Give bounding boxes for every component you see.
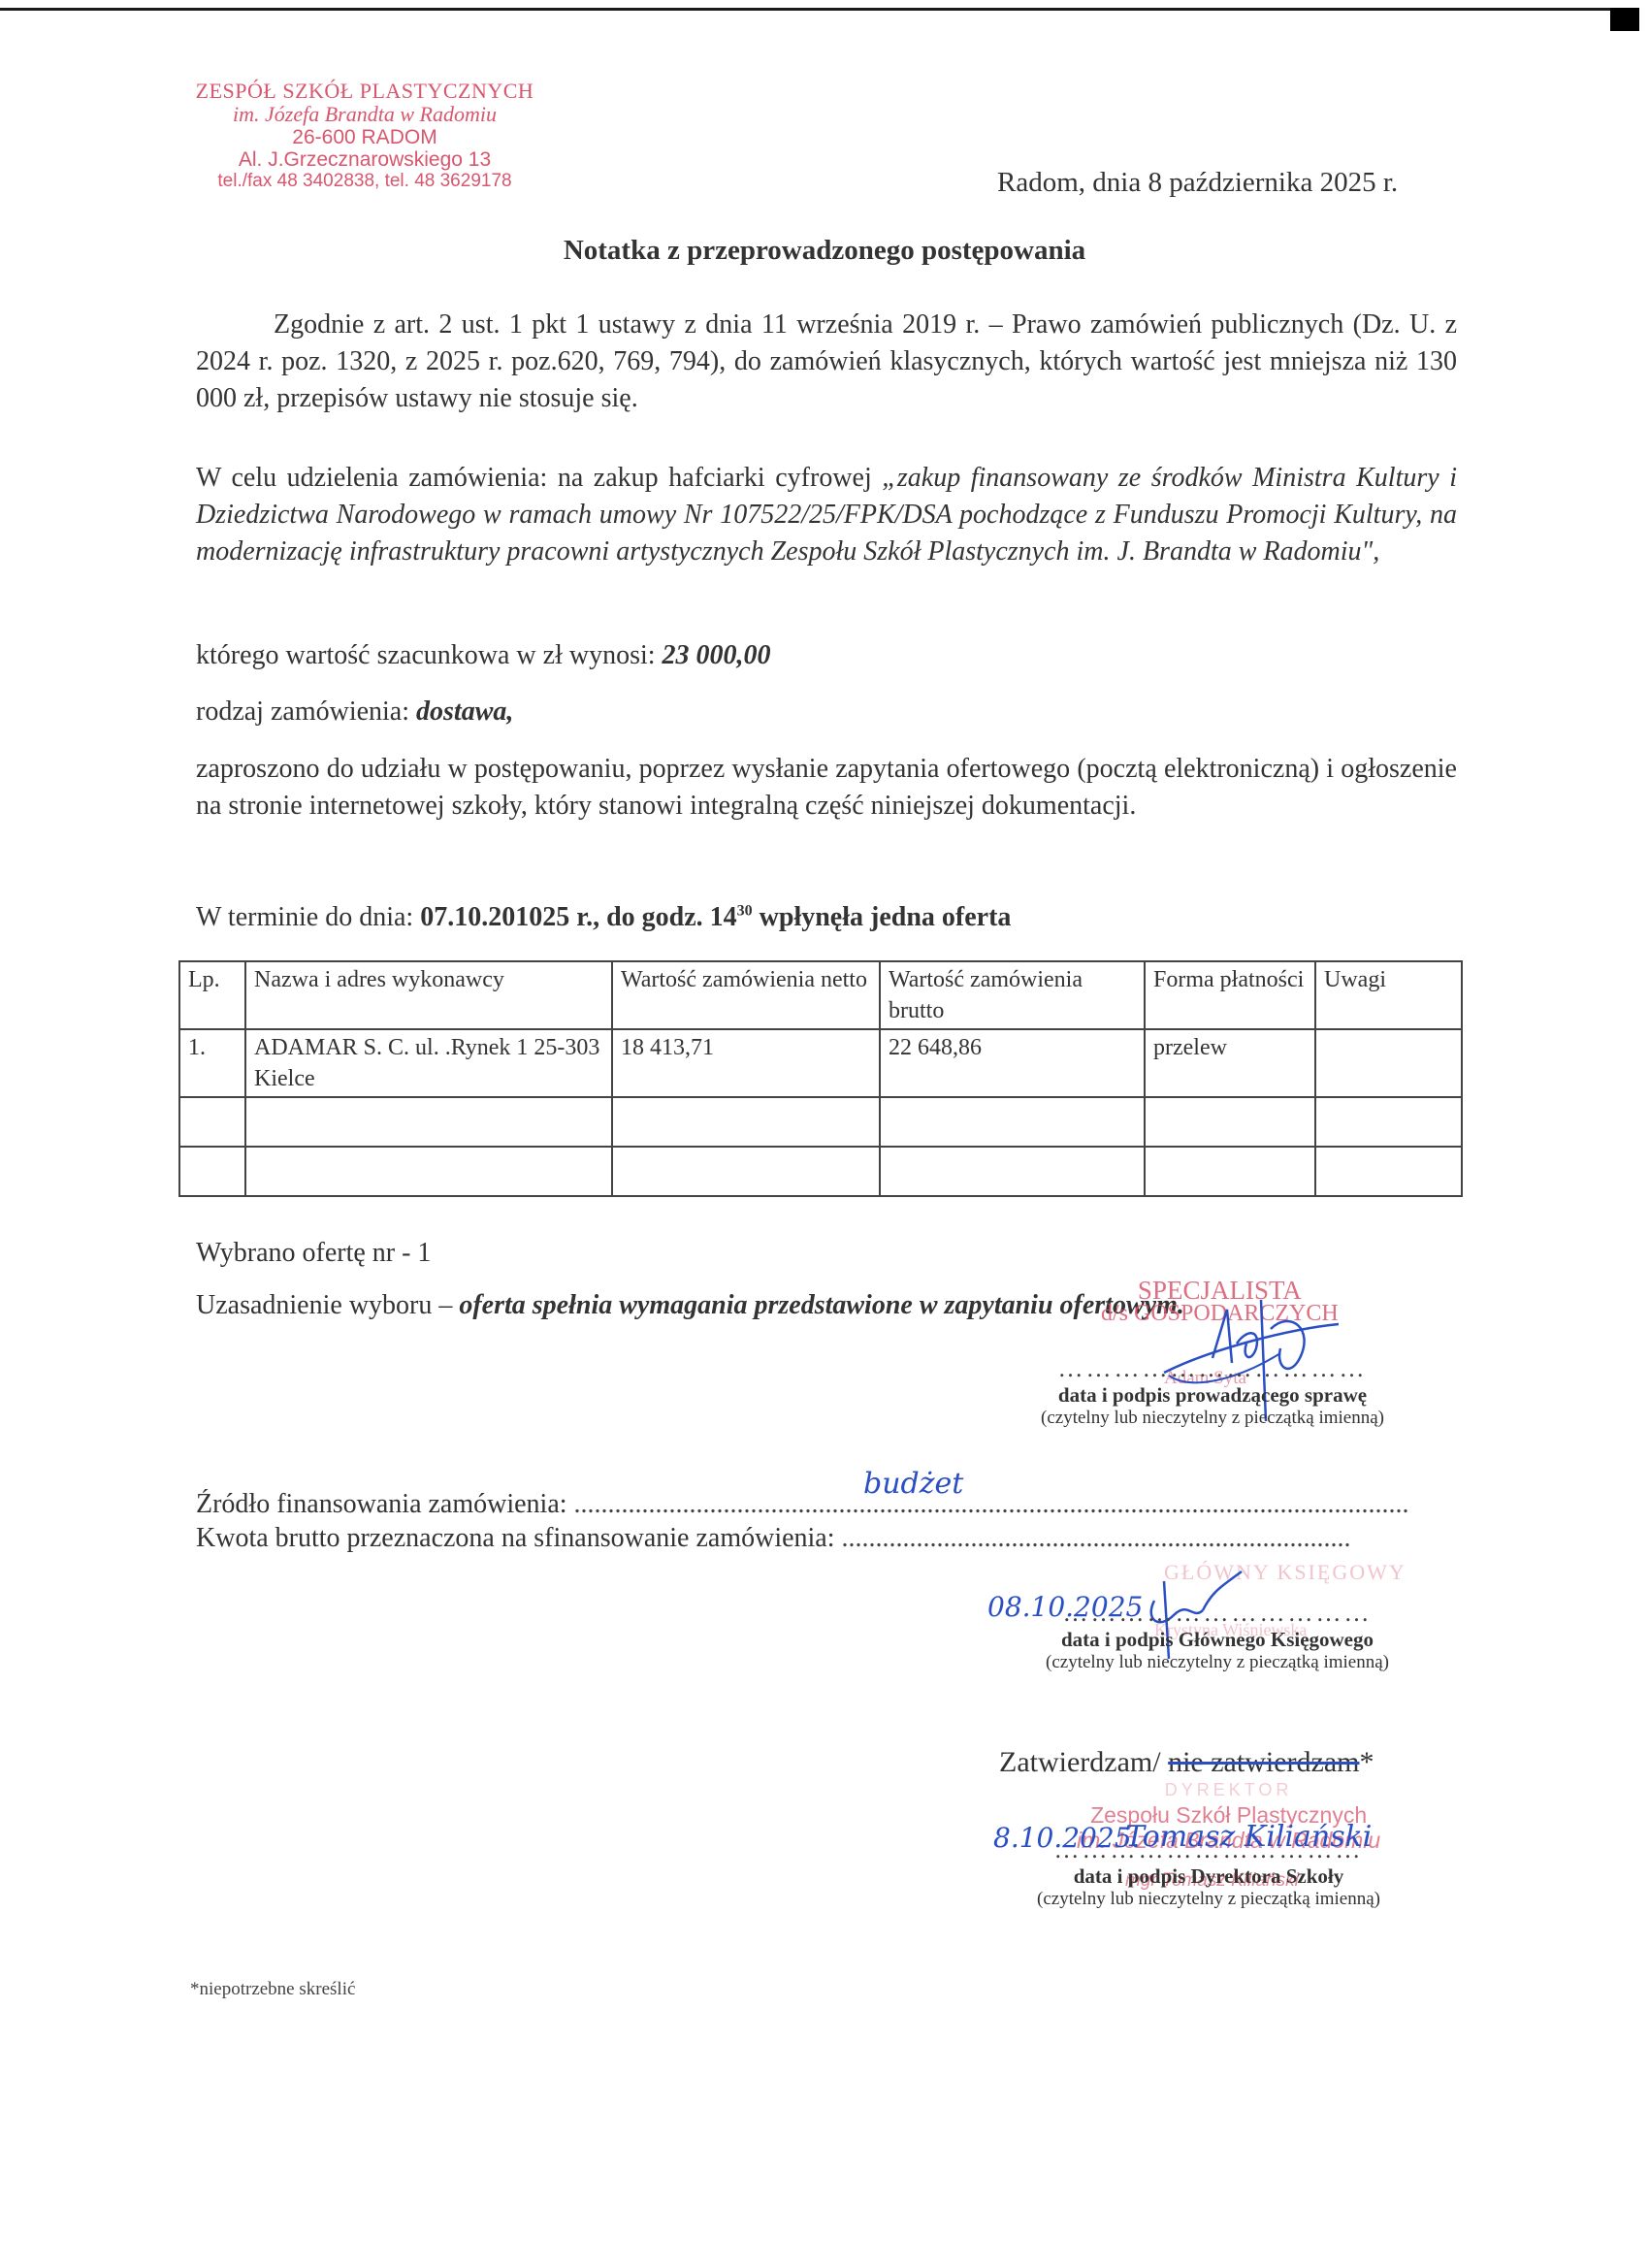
order-subject-lead: W celu udzielenia zamówienia: na zakup h… bbox=[196, 463, 882, 493]
signature-caption: data i podpis Dyrektora Szkoły bbox=[966, 1864, 1451, 1889]
deadline-lead: W terminie do dnia: bbox=[196, 902, 420, 932]
cell-payment-form bbox=[1145, 1097, 1315, 1147]
estimated-value-line: którego wartość szacunkowa w zł wynosi: … bbox=[196, 640, 771, 671]
cell-gross-value bbox=[880, 1147, 1145, 1196]
header-payment-form: Forma płatności bbox=[1145, 961, 1315, 1029]
deadline-date: 07.10.201025 r., do godz. 1430 wpłynęła … bbox=[420, 902, 1011, 932]
stamp-postal-city: 26-600 RADOM bbox=[190, 126, 539, 148]
financing-source-label: Źródło finansowania zamówienia: bbox=[196, 1489, 574, 1519]
offers-table: Lp. Nazwa i adres wykonawcy Wartość zamó… bbox=[178, 960, 1463, 1197]
cell-gross-value bbox=[880, 1097, 1145, 1147]
order-type-line: rodzaj zamówienia: dostawa, bbox=[196, 697, 513, 728]
stamp-school-patron: im. Józefa Brandta w Radomiu bbox=[190, 103, 539, 126]
chosen-offer: Wybrano ofertę nr - 1 bbox=[196, 1238, 431, 1269]
signature-note: (czytelny lub nieczytelny z pieczątką im… bbox=[989, 1652, 1445, 1673]
deadline-date-text: 07.10.201025 r., do godz. 14 bbox=[420, 902, 736, 932]
estimated-value-label: którego wartość szacunkowa w zł wynosi: bbox=[196, 640, 663, 670]
deadline-line: W terminie do dnia: 07.10.201025 r., do … bbox=[196, 902, 1011, 933]
invitation-paragraph: zaproszono do udziału w postępowaniu, po… bbox=[196, 751, 1457, 825]
order-type-value: dostawa, bbox=[416, 697, 513, 727]
financing-amount-label: Kwota brutto przeznaczona na sfinansowan… bbox=[196, 1523, 842, 1553]
school-header-stamp: ZESPÓŁ SZKÓŁ PLASTYCZNYCH im. Józefa Bra… bbox=[190, 80, 539, 191]
signature-dots: …………………………… bbox=[989, 1599, 1445, 1628]
signature-note: (czytelny lub nieczytelny z pieczątką im… bbox=[980, 1408, 1445, 1429]
order-subject-paragraph: W celu udzielenia zamówienia: na zakup h… bbox=[196, 460, 1457, 570]
director-signature-block: …………………………… data i podpis Dyrektora Szko… bbox=[966, 1835, 1451, 1910]
director-stamp-title: DYREKTOR bbox=[1077, 1777, 1380, 1802]
legal-basis-paragraph: Zgodnie z art. 2 ust. 1 pkt 1 ustawy z d… bbox=[196, 307, 1457, 417]
stamp-school-name: ZESPÓŁ SZKÓŁ PLASTYCZNYCH bbox=[190, 80, 539, 103]
signature-dots: …………………………… bbox=[980, 1354, 1445, 1383]
header-gross-value: Wartość zamówienia brutto bbox=[880, 961, 1145, 1029]
table-row: 1. ADAMAR S. C. ul. .Rynek 1 25-303 Kiel… bbox=[179, 1029, 1462, 1097]
document-date: Radom, dnia 8 października 2025 r. bbox=[997, 167, 1398, 199]
table-row bbox=[179, 1147, 1462, 1196]
stamp-phone: tel./fax 48 3402838, tel. 48 3629178 bbox=[190, 172, 539, 192]
table-row bbox=[179, 1097, 1462, 1147]
approval-line: Zatwierdzam/ nie zatwierdzam* bbox=[999, 1746, 1374, 1779]
justification-line: Uzasadnienie wyboru – oferta spełnia wym… bbox=[196, 1290, 1184, 1321]
offers-table-header: Lp. Nazwa i adres wykonawcy Wartość zamó… bbox=[179, 961, 1462, 1029]
financing-amount-dots: ........................................… bbox=[842, 1523, 1351, 1553]
justification-label: Uzasadnienie wyboru – bbox=[196, 1290, 459, 1320]
financing-source-line: Źródło finansowania zamówienia: ........… bbox=[196, 1489, 1457, 1520]
stamp-street: Al. J.Grzecznarowskiego 13 bbox=[190, 148, 539, 171]
cell-remarks bbox=[1315, 1029, 1462, 1097]
footnote: *niepotrzebne skreślić bbox=[190, 1979, 355, 2000]
deadline-minutes: 30 bbox=[737, 903, 753, 920]
header-contractor: Nazwa i adres wykonawcy bbox=[245, 961, 612, 1029]
document-title: Notatka z przeprowadzonego postępowania bbox=[0, 235, 1649, 267]
financing-amount-line: Kwota brutto przeznaczona na sfinansowan… bbox=[196, 1523, 1457, 1554]
cell-payment-form: przelew bbox=[1145, 1029, 1315, 1097]
approval-asterisk: * bbox=[1359, 1746, 1374, 1778]
signature-dots: …………………………… bbox=[966, 1835, 1451, 1864]
cell-lp bbox=[179, 1147, 245, 1196]
cell-net-value bbox=[612, 1147, 880, 1196]
reject-option-struck: nie zatwierdzam bbox=[1168, 1746, 1359, 1778]
cell-net-value bbox=[612, 1097, 880, 1147]
cell-contractor bbox=[245, 1147, 612, 1196]
financing-source-handwritten: budżet bbox=[863, 1467, 963, 1501]
header-lp: Lp. bbox=[179, 961, 245, 1029]
cell-remarks bbox=[1315, 1147, 1462, 1196]
cell-contractor: ADAMAR S. C. ul. .Rynek 1 25-303 Kielce bbox=[245, 1029, 612, 1097]
cell-lp bbox=[179, 1097, 245, 1147]
signature-note: (czytelny lub nieczytelny z pieczątką im… bbox=[966, 1889, 1451, 1910]
scan-edge-corner bbox=[1610, 8, 1639, 31]
signature-caption: data i podpis prowadzącego sprawę bbox=[980, 1383, 1445, 1408]
cell-remarks bbox=[1315, 1097, 1462, 1147]
estimated-value: 23 000,00 bbox=[663, 640, 771, 670]
cell-gross-value: 22 648,86 bbox=[880, 1029, 1145, 1097]
financing-source-dots: ........................................… bbox=[574, 1489, 1409, 1519]
cell-payment-form bbox=[1145, 1147, 1315, 1196]
approve-option: Zatwierdzam/ bbox=[999, 1746, 1168, 1778]
cell-lp: 1. bbox=[179, 1029, 245, 1097]
justification-value: oferta spełnia wymagania przedstawione w… bbox=[459, 1290, 1183, 1320]
case-officer-signature-block: …………………………… data i podpis prowadzącego s… bbox=[980, 1354, 1445, 1429]
accountant-signature-block: …………………………… data i podpis Głównego Księg… bbox=[989, 1599, 1445, 1673]
header-remarks: Uwagi bbox=[1315, 961, 1462, 1029]
signature-caption: data i podpis Głównego Księgowego bbox=[989, 1628, 1445, 1652]
cell-contractor bbox=[245, 1097, 612, 1147]
order-type-label: rodzaj zamówienia: bbox=[196, 697, 416, 727]
cell-net-value: 18 413,71 bbox=[612, 1029, 880, 1097]
deadline-tail: wpłynęła jedna oferta bbox=[753, 902, 1012, 932]
scan-edge-bar bbox=[0, 8, 1639, 11]
header-net-value: Wartość zamówienia netto bbox=[612, 961, 880, 1029]
